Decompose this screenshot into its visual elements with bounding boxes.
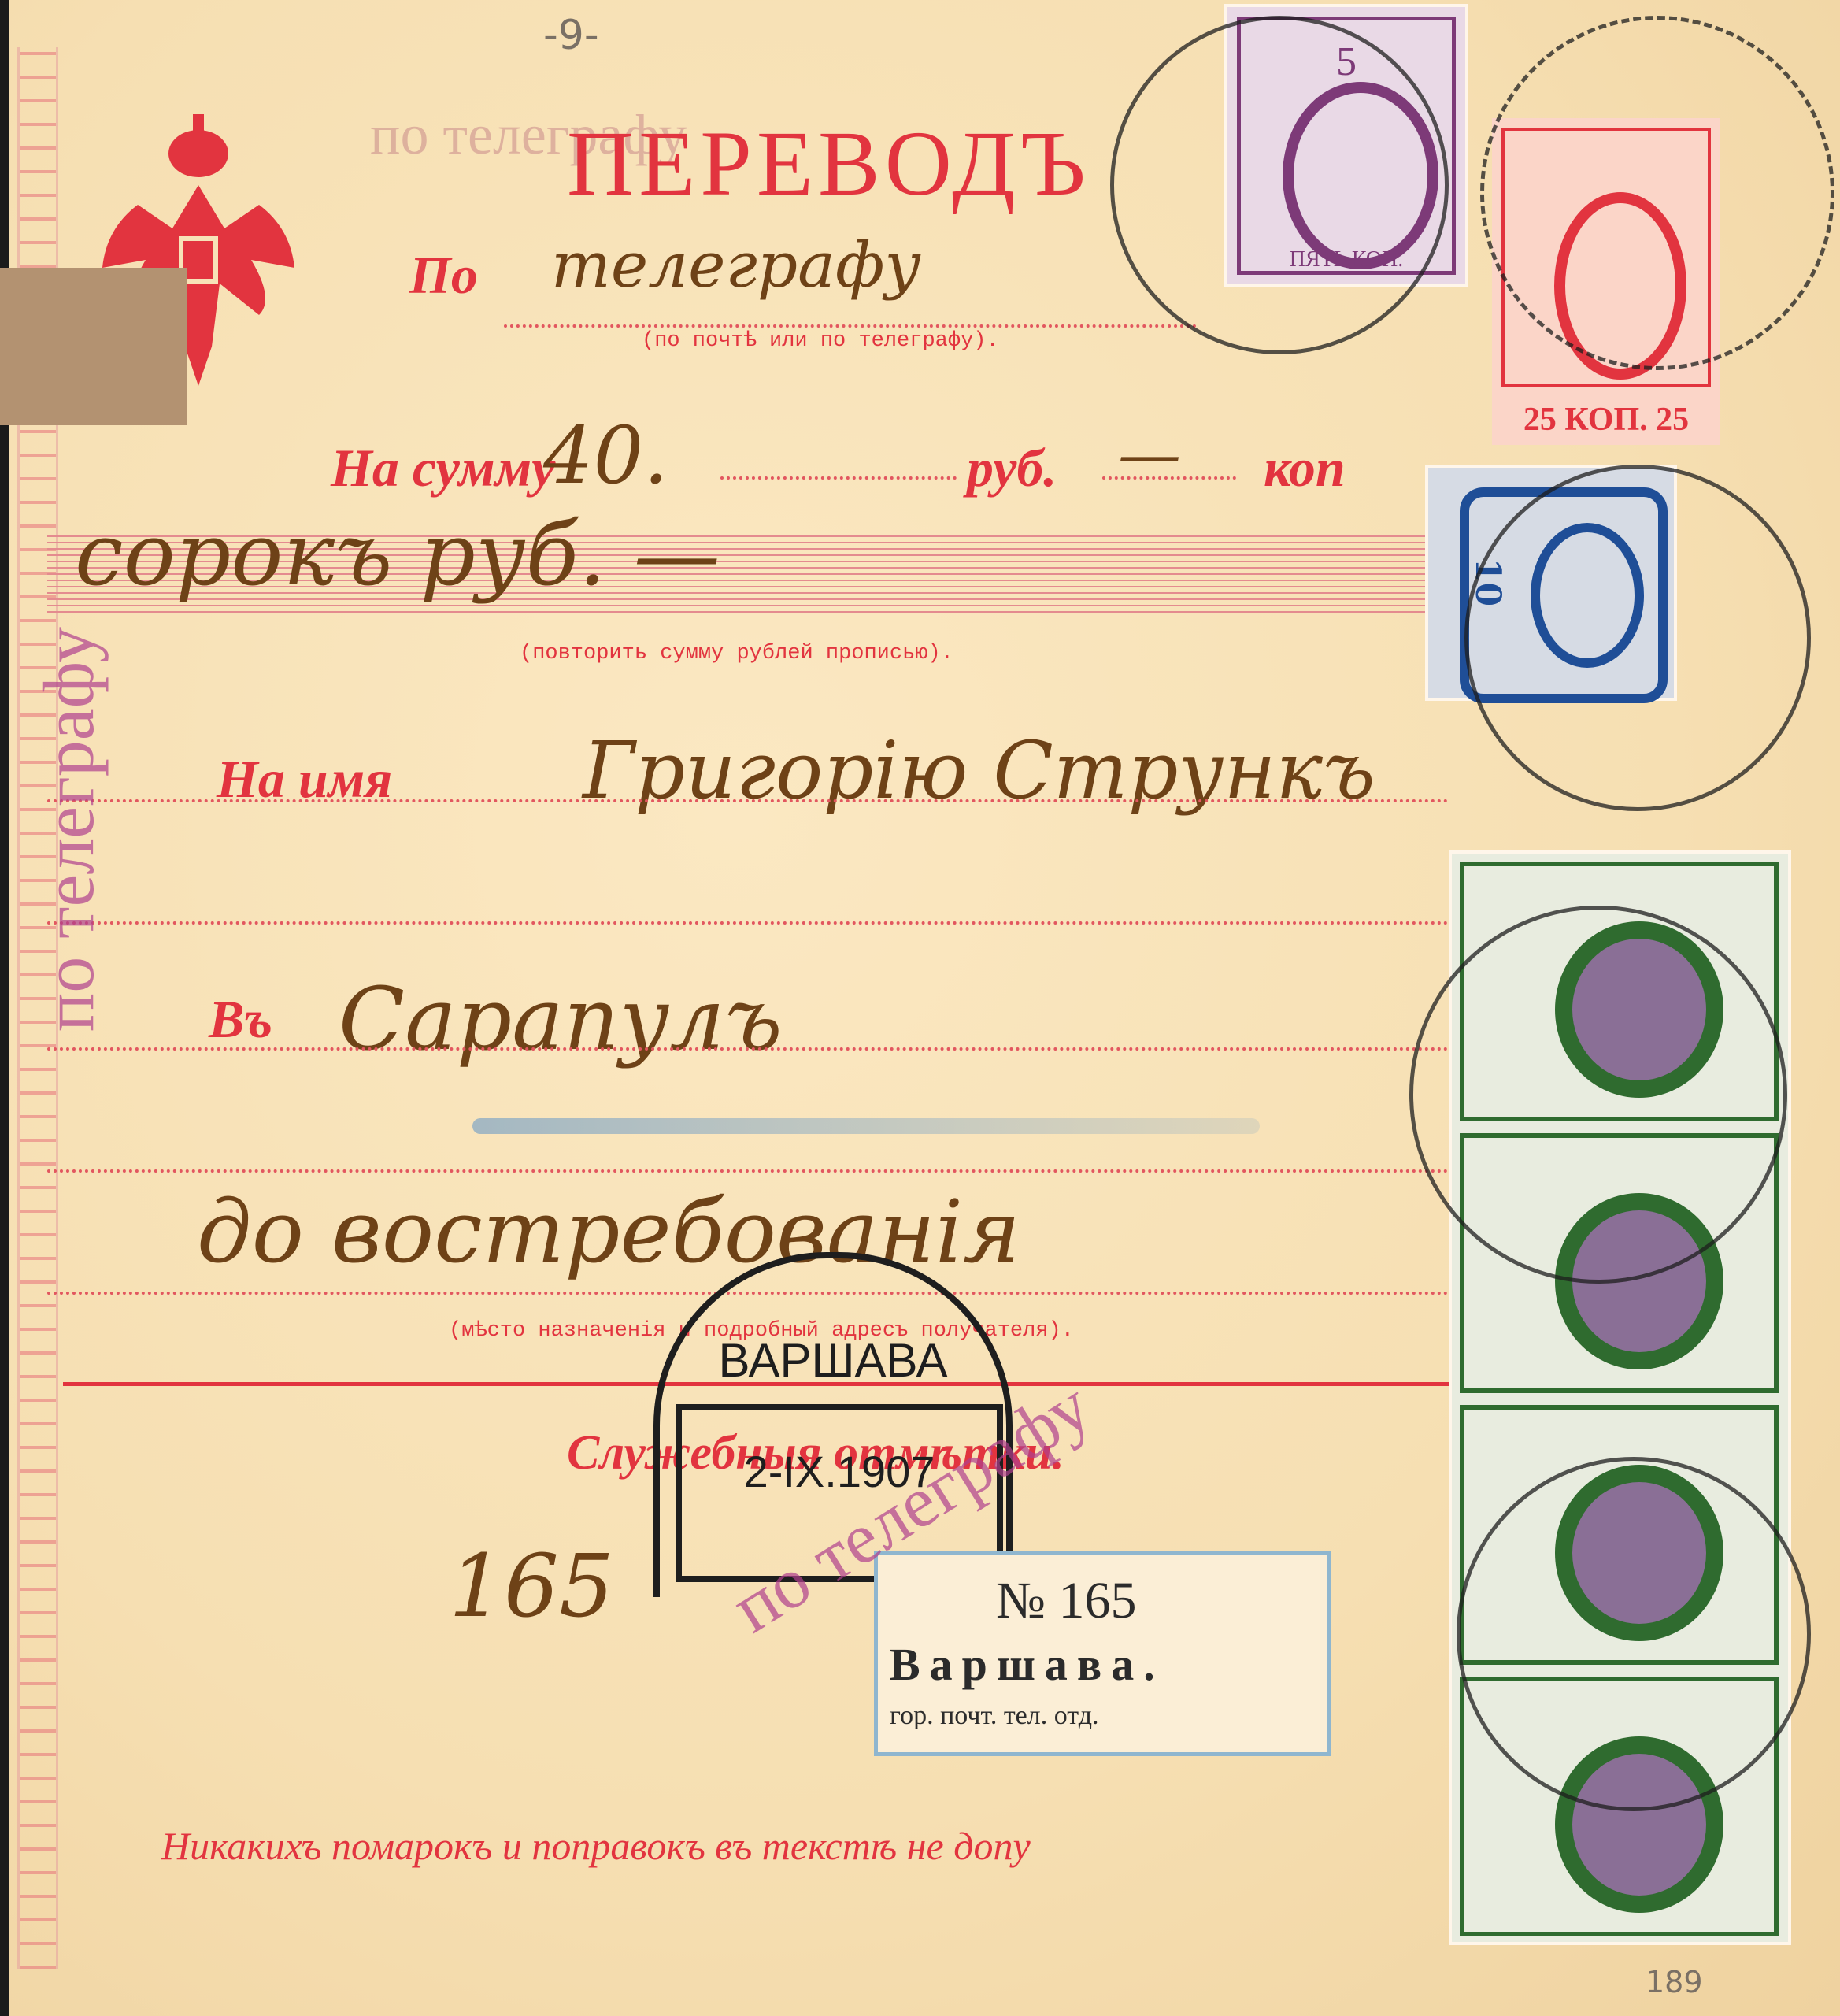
postmark-circle-2: [1480, 16, 1834, 370]
registration-city: Варшава.: [890, 1638, 1164, 1691]
registration-label: № 165 Варшава. гор. почт. тел. отд.: [874, 1551, 1331, 1756]
pencil-mark-bottom: 189: [1646, 1965, 1703, 1999]
method-label: По: [409, 244, 478, 306]
postmark-circle-3: [1464, 465, 1811, 811]
amount-label: На сумму: [331, 437, 555, 499]
pencil-mark-top: -9-: [543, 12, 599, 59]
amount-kopecks: —: [1118, 417, 1181, 491]
postmark-circle-4: [1409, 906, 1787, 1284]
registration-office: гор. почт. тел. отд.: [890, 1701, 1099, 1731]
amount-words-value: сорокъ руб. —: [75, 504, 720, 605]
destination-label: Въ: [209, 988, 272, 1051]
kop-dotline: [1102, 476, 1236, 480]
method-value: телеграфу: [551, 228, 921, 302]
blue-pencil-mark: [472, 1118, 1260, 1134]
document-title: ПЕРЕВОДЪ: [567, 110, 1090, 217]
footer-notice: Никакихъ помарокъ и поправокъ въ текстѣ …: [161, 1823, 1031, 1869]
postmark-circle-5: [1457, 1457, 1811, 1811]
method-dotline: [504, 324, 1197, 328]
registration-number: № 165: [996, 1571, 1136, 1631]
recipient-value: Григорію Стрункъ: [583, 724, 1375, 817]
destination-dotline-2: [47, 1169, 1449, 1173]
rub-label: руб.: [967, 437, 1057, 499]
service-number: 165: [449, 1536, 614, 1636]
kop-label: коп: [1264, 437, 1346, 499]
postmark-circle-1: [1110, 16, 1449, 354]
amount-rubles: 40.: [543, 409, 668, 502]
violet-side-stamp: по телеграфу: [27, 627, 110, 1032]
amount-dotline: [720, 476, 957, 480]
paper-tape: [0, 268, 187, 425]
method-hint: (по почтѣ или по телеграфу).: [642, 329, 999, 353]
destination-value: Сарапулъ: [339, 969, 783, 1069]
stamp-25-text: 25 КОП. 25: [1495, 401, 1717, 439]
amount-words-hint: (повторить сумму рублей прописью).: [520, 642, 953, 665]
destination-dotline: [47, 1047, 1449, 1051]
postmark-city: ВАРШАВА: [660, 1333, 1006, 1388]
recipient-dotline: [47, 799, 1449, 802]
recipient-dotline-2: [47, 921, 1449, 925]
